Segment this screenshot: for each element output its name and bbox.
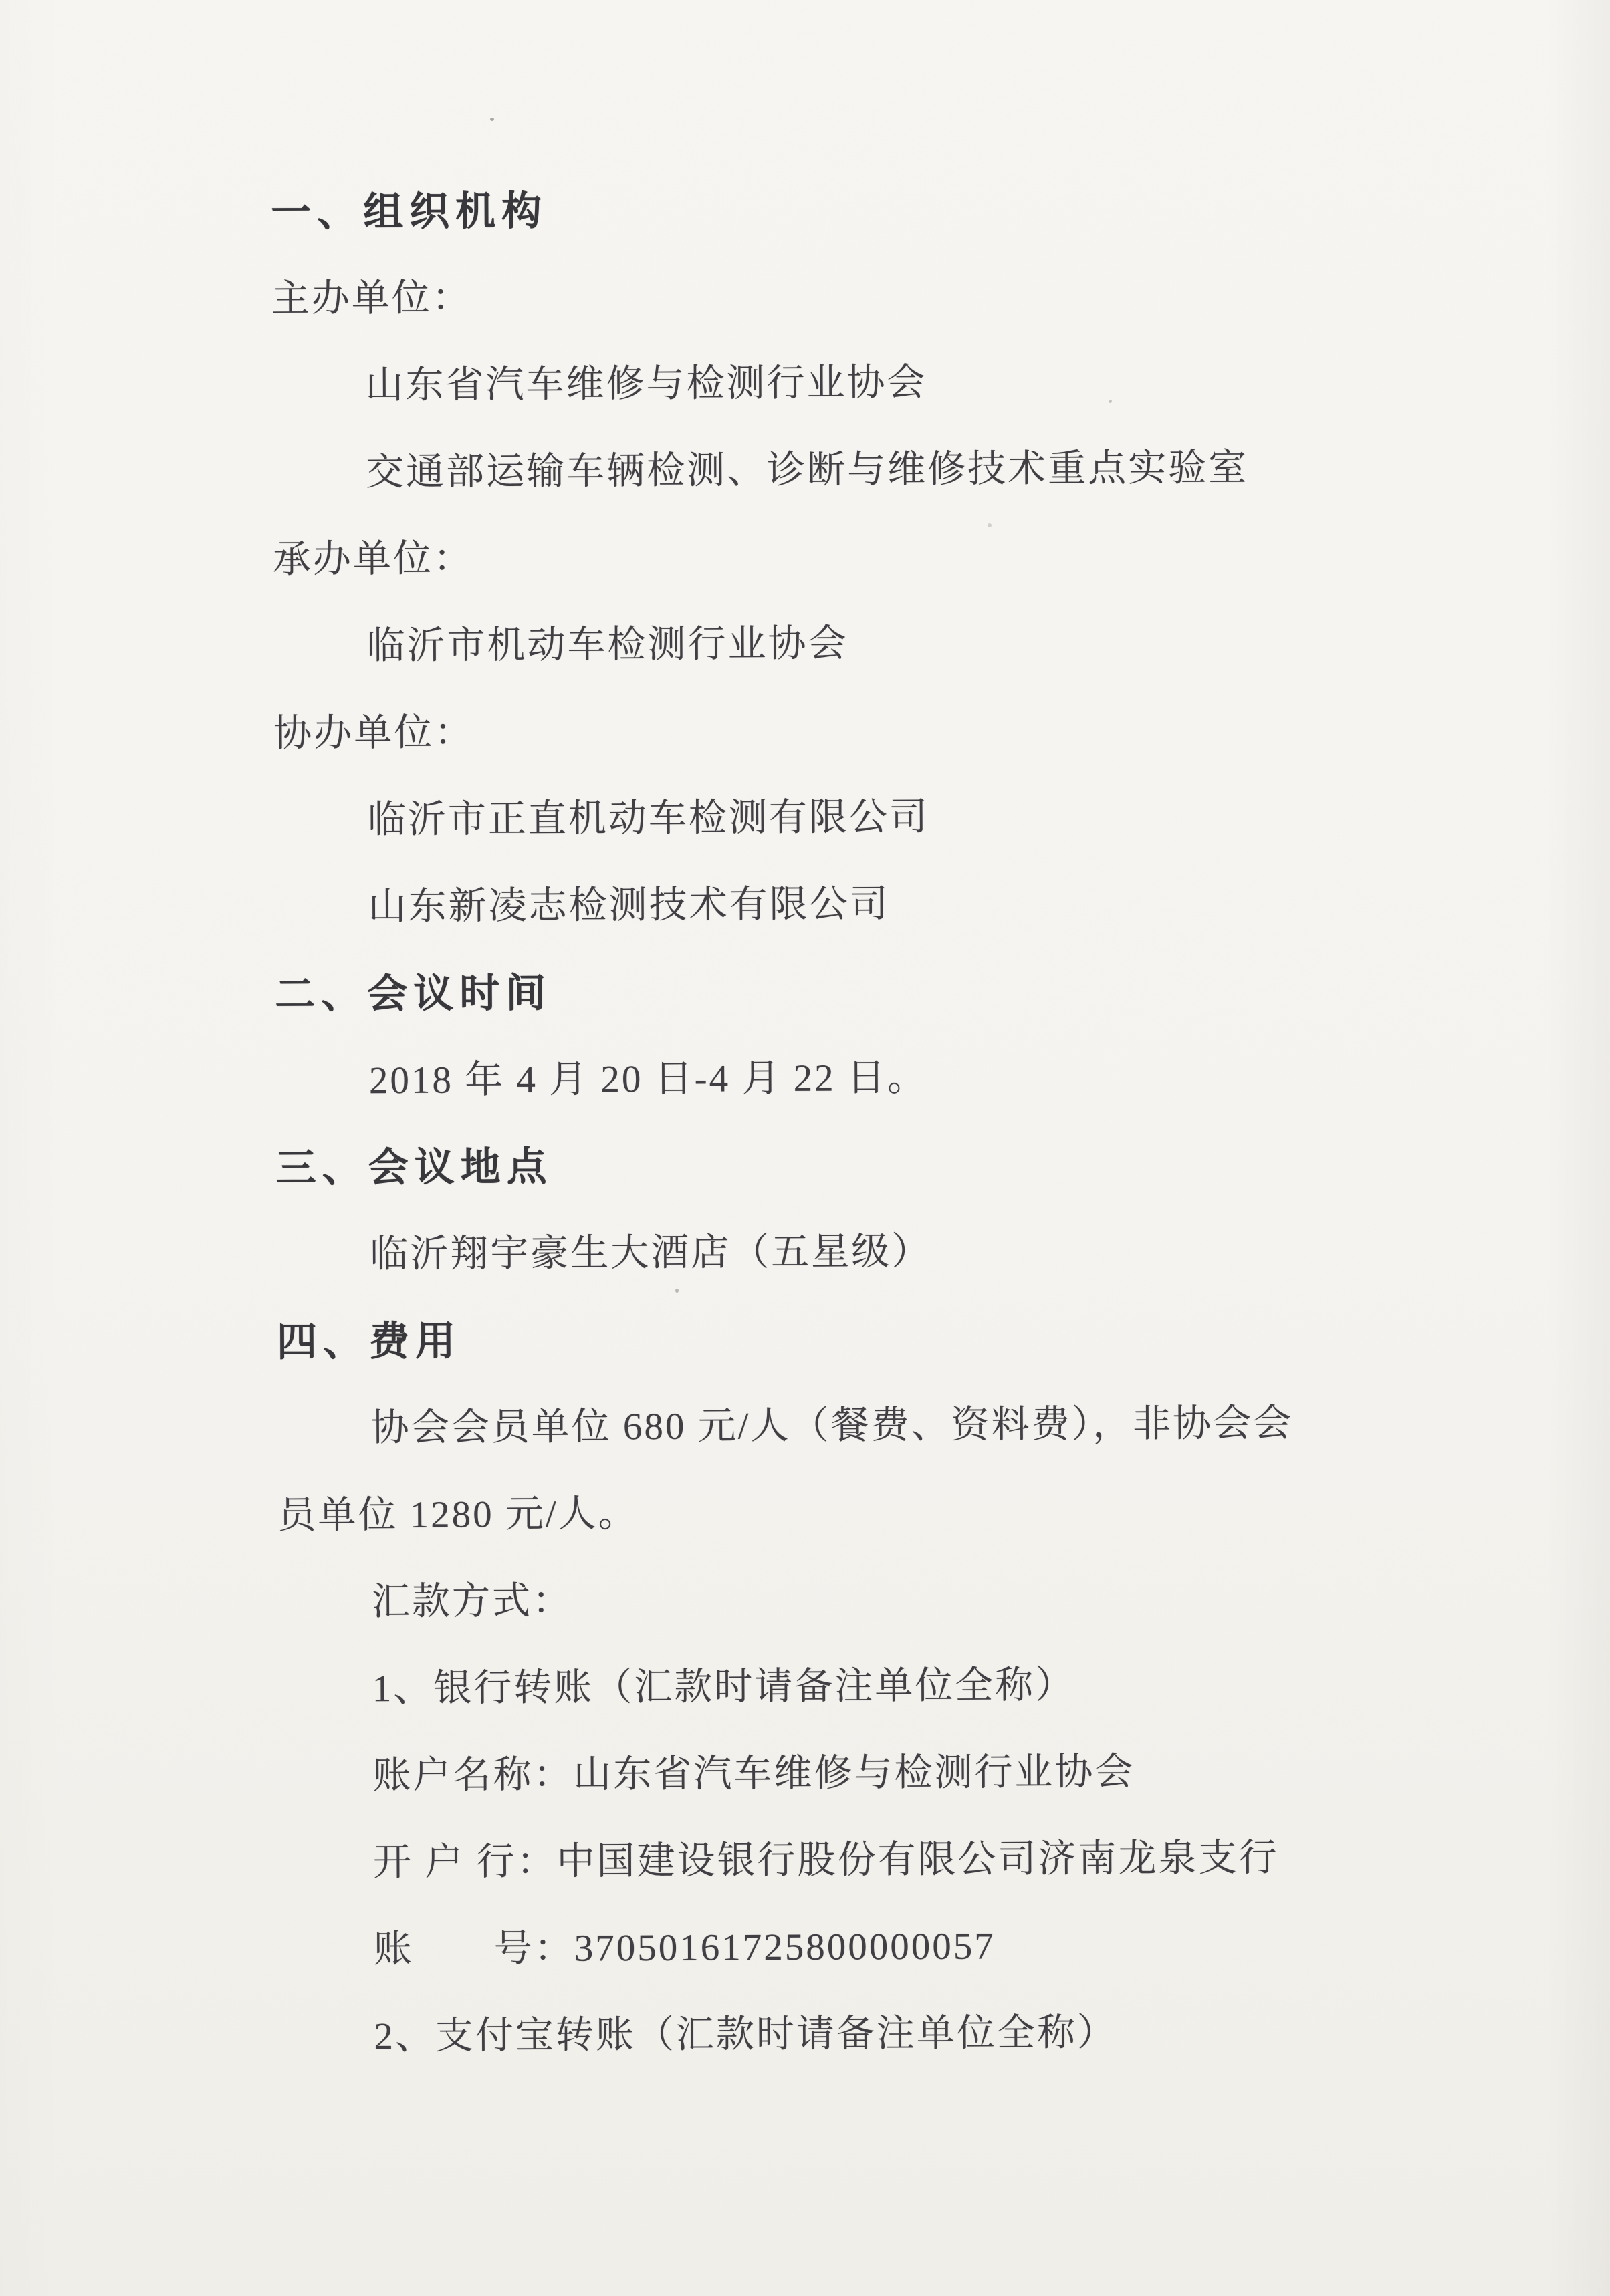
line-remittance-method: 汇款方式： bbox=[278, 1575, 1516, 1669]
scan-speck bbox=[490, 118, 494, 121]
line-fee-members: 协会会员单位 680 元/人（餐费、资料费），非协会会 bbox=[277, 1402, 1515, 1495]
label-organizer-units: 承办单位： bbox=[273, 533, 1510, 626]
scanned-page: 一、组织机构 主办单位： 山东省汽车维修与检测行业协会 交通部运输车辆检测、诊断… bbox=[0, 0, 1610, 2296]
line-venue: 临沂翔宇豪生大酒店（五星级） bbox=[276, 1228, 1514, 1321]
line-meeting-date: 2018 年 4 月 20 日-4 月 22 日。 bbox=[275, 1054, 1513, 1148]
line-account-number: 账 号：37050161725800000057 bbox=[280, 1923, 1518, 2017]
line-fee-non-members: 员单位 1280 元/人。 bbox=[277, 1489, 1515, 1582]
heading-meeting-venue: 三、会议地点 bbox=[275, 1141, 1513, 1235]
line-host-unit-1: 山东省汽车维修与检测行业协会 bbox=[271, 359, 1509, 453]
line-alipay-transfer: 2、支付宝转账（汇款时请备注单位全称） bbox=[280, 2010, 1518, 2103]
heading-fees: 四、费用 bbox=[277, 1315, 1514, 1408]
label-host-units: 主办单位： bbox=[271, 272, 1509, 366]
line-bank-branch: 开 户 行：中国建设银行股份有限公司济南龙泉支行 bbox=[279, 1836, 1517, 1930]
heading-organization: 一、组织机构 bbox=[271, 185, 1508, 279]
label-co-organizer-units: 协办单位： bbox=[273, 707, 1511, 800]
heading-meeting-time: 二、会议时间 bbox=[275, 967, 1512, 1061]
line-co-organizer-unit-1: 临沂市正直机动车检测有限公司 bbox=[274, 793, 1512, 887]
line-organizer-unit: 临沂市机动车检测行业协会 bbox=[273, 620, 1510, 713]
line-account-name: 账户名称：山东省汽车维修与检测行业协会 bbox=[279, 1749, 1516, 1843]
line-host-unit-2: 交通部运输车辆检测、诊断与维修技术重点实验室 bbox=[272, 446, 1510, 539]
line-bank-transfer: 1、银行转账（汇款时请备注单位全称） bbox=[279, 1662, 1516, 1756]
line-co-organizer-unit-2: 山东新凌志检测技术有限公司 bbox=[274, 880, 1512, 974]
document-content: 一、组织机构 主办单位： 山东省汽车维修与检测行业协会 交通部运输车辆检测、诊断… bbox=[271, 185, 1518, 2103]
